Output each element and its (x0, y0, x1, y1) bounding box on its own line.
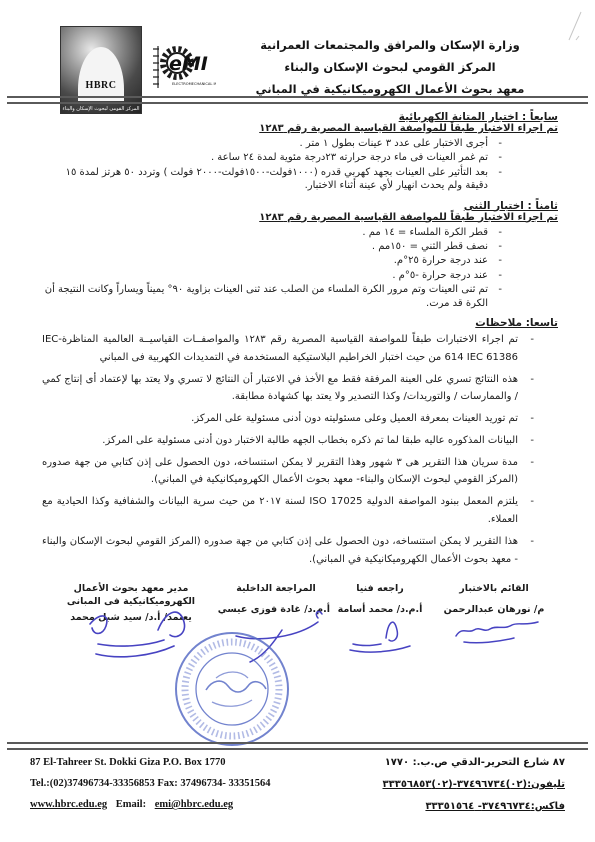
note-text: هذه النتائج تسري على العينة المرفقة فقط … (42, 374, 518, 403)
bullet-item: عند درجة حرارة -٥°م . (40, 269, 558, 282)
bullet-text: عند درجة حرارة ٢٥°م. (394, 255, 488, 266)
note-item: هذا التقرير لا يمكن استنساخه، دون الحصول… (40, 533, 558, 569)
section-title: ثامناً : اختبار الثنى (40, 200, 558, 212)
hbrc-caption: المركز القومى لبحوث الإسكان والبناء (61, 106, 141, 112)
signature-role: مدير معهد بحوث الأعمال الكهروميكانيكية ف… (40, 582, 222, 608)
tel-ar: تليفون:(٠٢)٣٧٤٩٦٧٣٤-(٠٢)٣٣٣٥٦٨٥٣ (383, 774, 565, 796)
note-item: هذه النتائج تسري على العينة المرفقة فقط … (40, 371, 558, 407)
note-item: تم اجراء الاختبارات طبقاً للمواصفة القيا… (40, 331, 558, 367)
emi-caption: ELECTROMECHANICAL INSTITUTE (172, 82, 216, 86)
tel-fax-en: Tel.:(02)37496734-33356853 Fax: 37496734… (30, 773, 271, 794)
note-text: تم اجراء الاختبارات طبقاً للمواصفة القيا… (42, 334, 518, 363)
footer-rule (7, 742, 588, 750)
bullet-text: تم ثنى العينات وتم مرور الكرة الملساء من… (45, 284, 488, 308)
note-text: تم توريد العينات بمعرفة العميل وعلى مسئو… (191, 413, 518, 424)
section-bending-test: ثامناً : اختبار الثنى تم اجراء الاختبار … (40, 200, 558, 310)
bullet-item: تم غمر العينات فى ماء درجة حرارته ٢٣درجة… (40, 151, 558, 164)
ministry-title: وزارة الإسكان والمرافق والمجتمعات العمرا… (230, 34, 550, 56)
bullet-text: أجرى الاختبار على عدد ٣ عينات بطول ١ متر… (300, 138, 488, 149)
footer-arabic: ٨٧ شارع التحرير-الدقي ص.ب.: ١٧٧٠ تليفون:… (383, 752, 565, 818)
bullet-text: نصف قطر الثني = ١٥٠مم . (372, 241, 488, 252)
section-notes: تاسعا: ملاحظات تم اجراء الاختبارات طبقاً… (40, 317, 558, 569)
note-list: تم اجراء الاختبارات طبقاً للمواصفة القيا… (40, 331, 558, 569)
note-text: هذا التقرير لا يمكن استنساخه، دون الحصول… (42, 536, 518, 565)
section-electrical-strength-test: سابعاً : اختبار المتانة الكهربائية تم اج… (40, 111, 558, 193)
signature-scribble-icon (336, 616, 426, 656)
bullet-item: عند درجة حرارة ٢٥°م. (40, 254, 558, 267)
mosque-arch-icon: HBRC (78, 47, 124, 101)
note-item: البيانات المذكوره عاليه طبقا لما تم ذكره… (40, 432, 558, 450)
signature-role: راجعه فنيا (330, 582, 430, 595)
note-item: يلتزم المعمل ببنود المواصفة الدولية ISO … (40, 493, 558, 529)
signature-col-internal-review: المراجعة الداخلية أ.م.د/ غادة فوزى عيسي (222, 582, 330, 624)
links-line: www.hbrc.edu.eg Email: emi@hbrc.edu.eg (30, 794, 271, 815)
note-text: البيانات المذكوره عاليه طبقا لما تم ذكره… (102, 435, 518, 446)
signature-col-director: مدير معهد بحوث الأعمال الكهروميكانيكية ف… (40, 582, 222, 624)
bullet-list: أجرى الاختبار على عدد ٣ عينات بطول ١ متر… (40, 137, 558, 193)
bullet-list: قطر الكرة الملساء = ١٤ مم . نصف قطر الثن… (40, 226, 558, 310)
fax-ar: فاكس:٣٧٤٩٦٧٣٤- ٣٣٣٥١٥٦٤ (383, 796, 565, 818)
website-link[interactable]: www.hbrc.edu.eg (30, 799, 107, 810)
bullet-item: تم ثنى العينات وتم مرور الكرة الملساء من… (40, 283, 558, 310)
section-standard: تم اجراء الاختبار طبقاً للمواصفة القياسي… (40, 123, 558, 134)
bullet-text: بعد التأثير على العينات بجهد كهربي قدره … (66, 167, 488, 191)
bullet-item: نصف قطر الثني = ١٥٠مم . (40, 240, 558, 253)
signature-block: القائم بالاختبار م/ نورهان عبدالرحمن راج… (40, 582, 558, 624)
doc-body: سابعاً : اختبار المتانة الكهربائية تم اج… (0, 104, 595, 624)
section-title: تاسعا: ملاحظات (40, 317, 558, 329)
official-stamp-icon (172, 628, 292, 750)
doc-header: HBRC المركز القومى لبحوث الإسكان والبناء… (0, 0, 595, 96)
email-link[interactable]: emi@hbrc.edu.eg (155, 799, 233, 810)
signature-col-technical-review: راجعه فنيا أ.م.د/ محمد أسامة (330, 582, 430, 624)
approval-label: يعتمد/ (164, 612, 192, 623)
bullet-text: عند درجة حرارة -٥°م . (392, 270, 488, 281)
address-en: 87 El-Tahreer St. Dokki Giza P.O. Box 17… (30, 752, 271, 773)
document-page: HBRC المركز القومى لبحوث الإسكان والبناء… (0, 0, 595, 842)
bullet-item: قطر الكرة الملساء = ١٤ مم . (40, 226, 558, 239)
emi-abbr: eMI (169, 53, 208, 75)
footer-english: 87 El-Tahreer St. Dokki Giza P.O. Box 17… (30, 752, 271, 818)
gear-icon: eMI ELECTROMECHANICAL INSTITUTE (150, 42, 216, 102)
note-text: يلتزم المعمل ببنود المواصفة الدولية ISO … (42, 496, 518, 525)
signature-name: أ.م.د/ غادة فوزى عيسي (222, 604, 330, 615)
header-titles: وزارة الإسكان والمرافق والمجتمعات العمرا… (230, 34, 550, 100)
signature-approval-name: يعتمد/ أ.د/ سيد شبل محمد (40, 612, 222, 624)
signature-role: المراجعة الداخلية (222, 582, 330, 595)
note-text: مدة سريان هذا التقرير هى ٣ شهور وهذا الت… (42, 457, 518, 486)
address-ar: ٨٧ شارع التحرير-الدقي ص.ب.: ١٧٧٠ (383, 752, 565, 774)
signature-col-tester: القائم بالاختبار م/ نورهان عبدالرحمن (430, 582, 558, 624)
header-rule (7, 96, 588, 104)
signature-name: أ.م.د/ محمد أسامة (330, 604, 430, 615)
note-item: تم توريد العينات بمعرفة العميل وعلى مسئو… (40, 410, 558, 428)
bullet-item: أجرى الاختبار على عدد ٣ عينات بطول ١ متر… (40, 137, 558, 150)
note-item: مدة سريان هذا التقرير هى ٣ شهور وهذا الت… (40, 454, 558, 490)
signature-scribble-icon (450, 618, 546, 646)
section-standard: تم اجراء الاختبار طبقاً للمواصفة القياسي… (40, 212, 558, 223)
email-label: Email: (116, 799, 146, 810)
bullet-item: بعد التأثير على العينات بجهد كهربي قدره … (40, 166, 558, 193)
signature-name: م/ نورهان عبدالرحمن (430, 604, 558, 615)
signature-role: القائم بالاختبار (430, 582, 558, 595)
center-title: المركز القومي لبحوث الإسكان والبناء (230, 56, 550, 78)
doc-footer: 87 El-Tahreer St. Dokki Giza P.O. Box 17… (0, 750, 595, 818)
bullet-text: قطر الكرة الملساء = ١٤ مم . (362, 227, 488, 238)
bullet-text: تم غمر العينات فى ماء درجة حرارته ٢٣درجة… (211, 152, 488, 163)
director-name: أ.د/ سيد شبل محمد (70, 612, 160, 623)
